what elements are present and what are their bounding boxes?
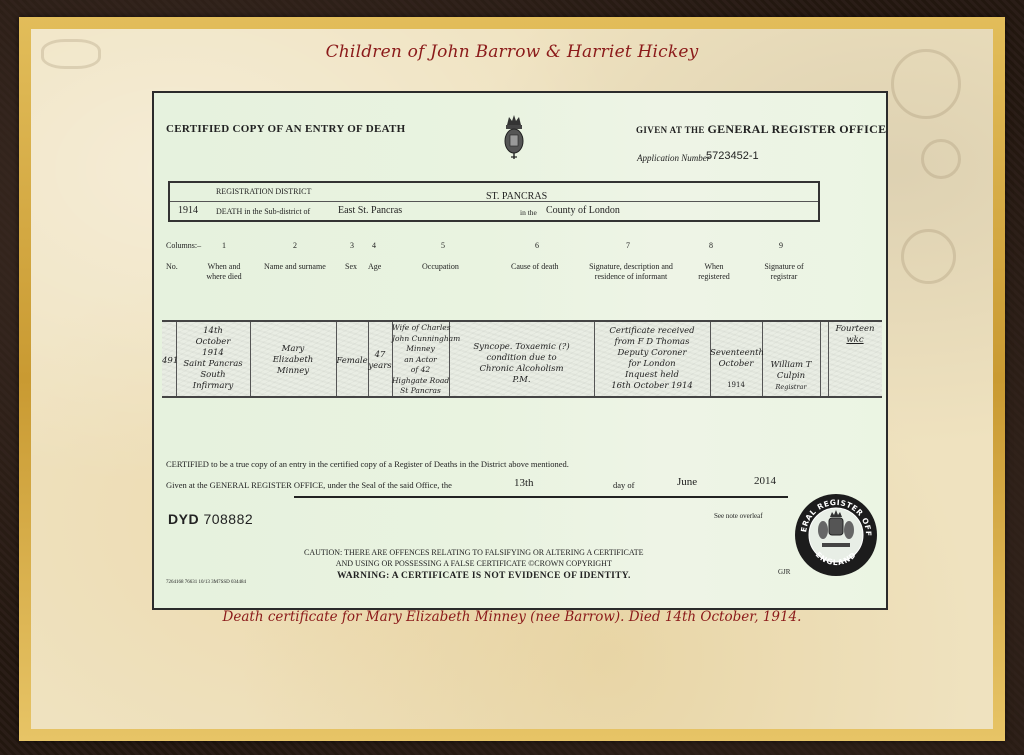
application-number: 5723452-1 [706,150,759,162]
certificate-heading: CERTIFIED COPY OF AN ENTRY OF DEATH [166,123,406,135]
column-number: 7 [626,241,630,250]
entry-when-where: 14th October 1914 Saint Pancras South In… [176,326,250,392]
column-header-age: Age [368,262,381,272]
column-header-cause: Cause of death [511,262,559,272]
entry-when-registered: Seventeenth October 1914 [710,348,762,391]
certified-statement: CERTIFIED to be a true copy of an entry … [166,459,569,469]
county-label: in the [520,208,537,217]
caution-notice: CAUTION: THERE ARE OFFENCES RELATING TO … [304,547,644,569]
registration-district-label: REGISTRATION DISTRICT [216,187,311,196]
general-register-office-seal-icon: GENERAL REGISTER OFFICE ENGLAND [794,493,878,577]
entry-occupation: Wife of Charles John Cunningham Minney a… [392,323,449,397]
entry-registrar: William T Culpin Registrar [762,360,820,393]
initials: GJR [778,568,790,576]
entry-extra-annotation: Fourteen wkc [828,324,882,346]
given-at-statement: Given at the GENERAL REGISTER OFFICE, un… [166,480,452,490]
day-of-label: day of [613,480,634,490]
county-value: County of London [546,205,620,216]
column-number: 9 [779,241,783,250]
swirl-ornament [901,229,956,284]
subdistrict-label: DEATH in the Sub-district of [216,207,310,216]
column-header-no: No. [166,262,178,272]
registration-district-box: REGISTRATION DISTRICT ST. PANCRAS 1914 D… [168,181,820,222]
column-header-occupation: Occupation [422,262,459,272]
serial-prefix: DYD [168,511,199,527]
serial-value: 708882 [203,511,253,527]
entry-age: 47 years [368,350,392,372]
death-certificate: CERTIFIED COPY OF AN ENTRY OF DEATH GIVE… [152,91,888,610]
subdistrict-value: East St. Pancras [338,205,402,216]
column-number: 8 [709,241,713,250]
signature-rule [294,496,788,498]
print-code: 7264168 76631 10/13 3M7SSD 034484 [166,580,246,585]
registration-district-value: ST. PANCRAS [486,191,547,202]
registration-year: 1914 [178,205,198,216]
given-at-office: GENERAL REGISTER OFFICE [707,122,886,136]
column-number: 5 [441,241,445,250]
entry-informant: Certificate received from F D Thomas Dep… [594,326,710,392]
column-header-when-where: When and where died [202,262,246,281]
given-at-heading: GIVEN AT THE GENERAL REGISTER OFFICE [636,122,886,137]
identity-warning: WARNING: A CERTIFICATE IS NOT EVIDENCE O… [337,571,631,581]
royal-crest-icon [503,113,525,161]
death-entry-row: 491 14th October 1914 Saint Pancras Sout… [162,320,882,398]
application-number-label: Application Number [637,153,710,163]
column-number: 6 [535,241,539,250]
column-header-registrar: Signature of registrar [759,262,809,281]
column-header-name: Name and surname [264,262,326,272]
column-number: 4 [372,241,376,250]
see-note-overleaf: See note overleaf [714,512,763,520]
column-header-sex: Sex [345,262,357,272]
swirl-ornament [921,139,961,179]
page-title: Children of John Barrow & Harriet Hickey [0,42,1024,62]
issue-year: 2014 [754,475,776,487]
column-number: 2 [293,241,297,250]
entry-cause-of-death: Syncope. Toxaemic (?) condition due to C… [449,342,594,386]
image-caption: Death certificate for Mary Elizabeth Min… [0,609,1024,625]
issue-day: 13th [514,477,534,489]
entry-number: 491 [162,356,176,367]
columns-label: Columns:– [166,241,201,250]
column-number: 3 [350,241,354,250]
given-at-prefix: GIVEN AT THE [636,125,705,135]
entry-name: Mary Elizabeth Minney [250,344,336,377]
column-number: 1 [222,241,226,250]
column-header-informant: Signature, description and residence of … [586,262,676,281]
column-header-when-registered: When registered [697,262,731,281]
entry-sex: Female [336,356,368,367]
serial-number: DYD 708882 [168,511,253,527]
issue-month: June [677,476,697,488]
